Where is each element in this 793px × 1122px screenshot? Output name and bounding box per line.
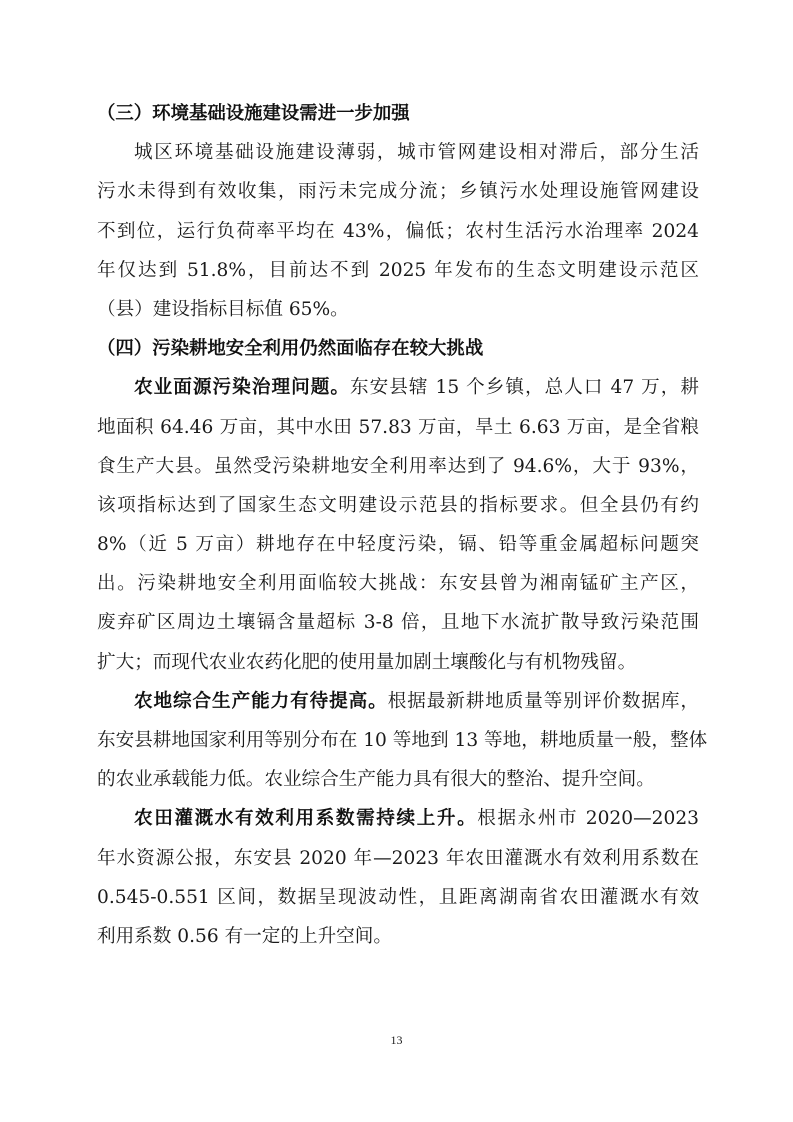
paragraph-line: 不到位，运行负荷率平均在 43%，偏低；农村生活污水治理率 2024 — [97, 212, 699, 251]
paragraph-first-line: 农地综合生产能力有待提高。根据最新耕地质量等别评价数据库， — [97, 682, 699, 721]
paragraph-line: （县）建设指标目标值 65%。 — [97, 290, 699, 329]
section-heading-3: （三）环境基础设施建设需进一步加强 — [97, 94, 699, 133]
paragraph-production-capacity: 农地综合生产能力有待提高。根据最新耕地质量等别评价数据库， 东安县耕地国家利用等… — [97, 682, 699, 800]
paragraph-line: 地面积 64.46 万亩，其中水田 57.83 万亩，旱土 6.63 万亩，是全… — [97, 408, 699, 447]
paragraph-first-line: 农业面源污染治理问题。东安县辖 15 个乡镇，总人口 47 万，耕 — [97, 368, 699, 407]
paragraph-line: 扩大；而现代农业农药化肥的使用量加剧土壤酸化与有机物残留。 — [97, 643, 699, 682]
paragraph-line: 废弃矿区周边土壤镉含量超标 3-8 倍，且地下水流扩散导致污染范围 — [97, 603, 699, 642]
paragraph-irrigation-coefficient: 农田灌溉水有效利用系数需持续上升。根据永州市 2020—2023 年水资源公报，… — [97, 799, 699, 956]
paragraph-line: 该项指标达到了国家生态文明建设示范县的指标要求。但全县仍有约 — [97, 486, 699, 525]
paragraph-lead-bold: 农业面源污染治理问题。 — [134, 377, 350, 398]
paragraph-line: 食生产大县。虽然受污染耕地安全利用率达到了 94.6%，大于 93%， — [97, 447, 699, 486]
paragraph-text: 东安县辖 15 个乡镇，总人口 47 万，耕 — [350, 377, 699, 398]
paragraph-line: 出。污染耕地安全利用面临较大挑战：东安县曾为湘南锰矿主产区， — [97, 564, 699, 603]
paragraph-first-line: 农田灌溉水有效利用系数需持续上升。根据永州市 2020—2023 — [97, 799, 699, 838]
paragraph-line: 污水未得到有效收集，雨污未完成分流；乡镇污水处理设施管网建设 — [97, 172, 699, 211]
paragraph-line: 0.545-0.551 区间，数据呈现波动性，且距离湖南省农田灌溉水有效 — [97, 878, 699, 917]
paragraph-line: 8%（近 5 万亩）耕地存在中轻度污染，镉、铅等重金属超标问题突 — [97, 525, 699, 564]
paragraph-line: 的农业承载能力低。农业综合生产能力具有很大的整治、提升空间。 — [97, 760, 699, 799]
paragraph-lead-bold: 农地综合生产能力有待提高。 — [134, 691, 388, 712]
paragraph-agricultural-pollution: 农业面源污染治理问题。东安县辖 15 个乡镇，总人口 47 万，耕 地面积 64… — [97, 368, 699, 682]
paragraph-line: 年仅达到 51.8%，目前达不到 2025 年发布的生态文明建设示范区 — [97, 251, 699, 290]
section-3-paragraph: 城区环境基础设施建设薄弱，城市管网建设相对滞后，部分生活 污水未得到有效收集，雨… — [97, 133, 699, 329]
paragraph-text: 根据永州市 2020—2023 — [477, 808, 699, 829]
paragraph-line: 城区环境基础设施建设薄弱，城市管网建设相对滞后，部分生活 — [97, 133, 699, 172]
document-page: （三）环境基础设施建设需进一步加强 城区环境基础设施建设薄弱，城市管网建设相对滞… — [0, 0, 793, 1122]
paragraph-text: 根据最新耕地质量等别评价数据库， — [388, 691, 699, 712]
page-content: （三）环境基础设施建设需进一步加强 城区环境基础设施建设薄弱，城市管网建设相对滞… — [97, 94, 699, 956]
section-heading-4: （四）污染耕地安全利用仍然面临存在较大挑战 — [97, 329, 699, 368]
paragraph-line: 利用系数 0.56 有一定的上升空间。 — [97, 917, 699, 956]
page-number: 13 — [0, 1033, 793, 1048]
paragraph-line: 东安县耕地国家利用等别分布在 10 等地到 13 等地，耕地质量一般，整体 — [97, 721, 699, 760]
paragraph-line: 年水资源公报，东安县 2020 年—2023 年农田灌溉水有效利用系数在 — [97, 839, 699, 878]
paragraph-lead-bold: 农田灌溉水有效利用系数需持续上升。 — [134, 808, 477, 829]
